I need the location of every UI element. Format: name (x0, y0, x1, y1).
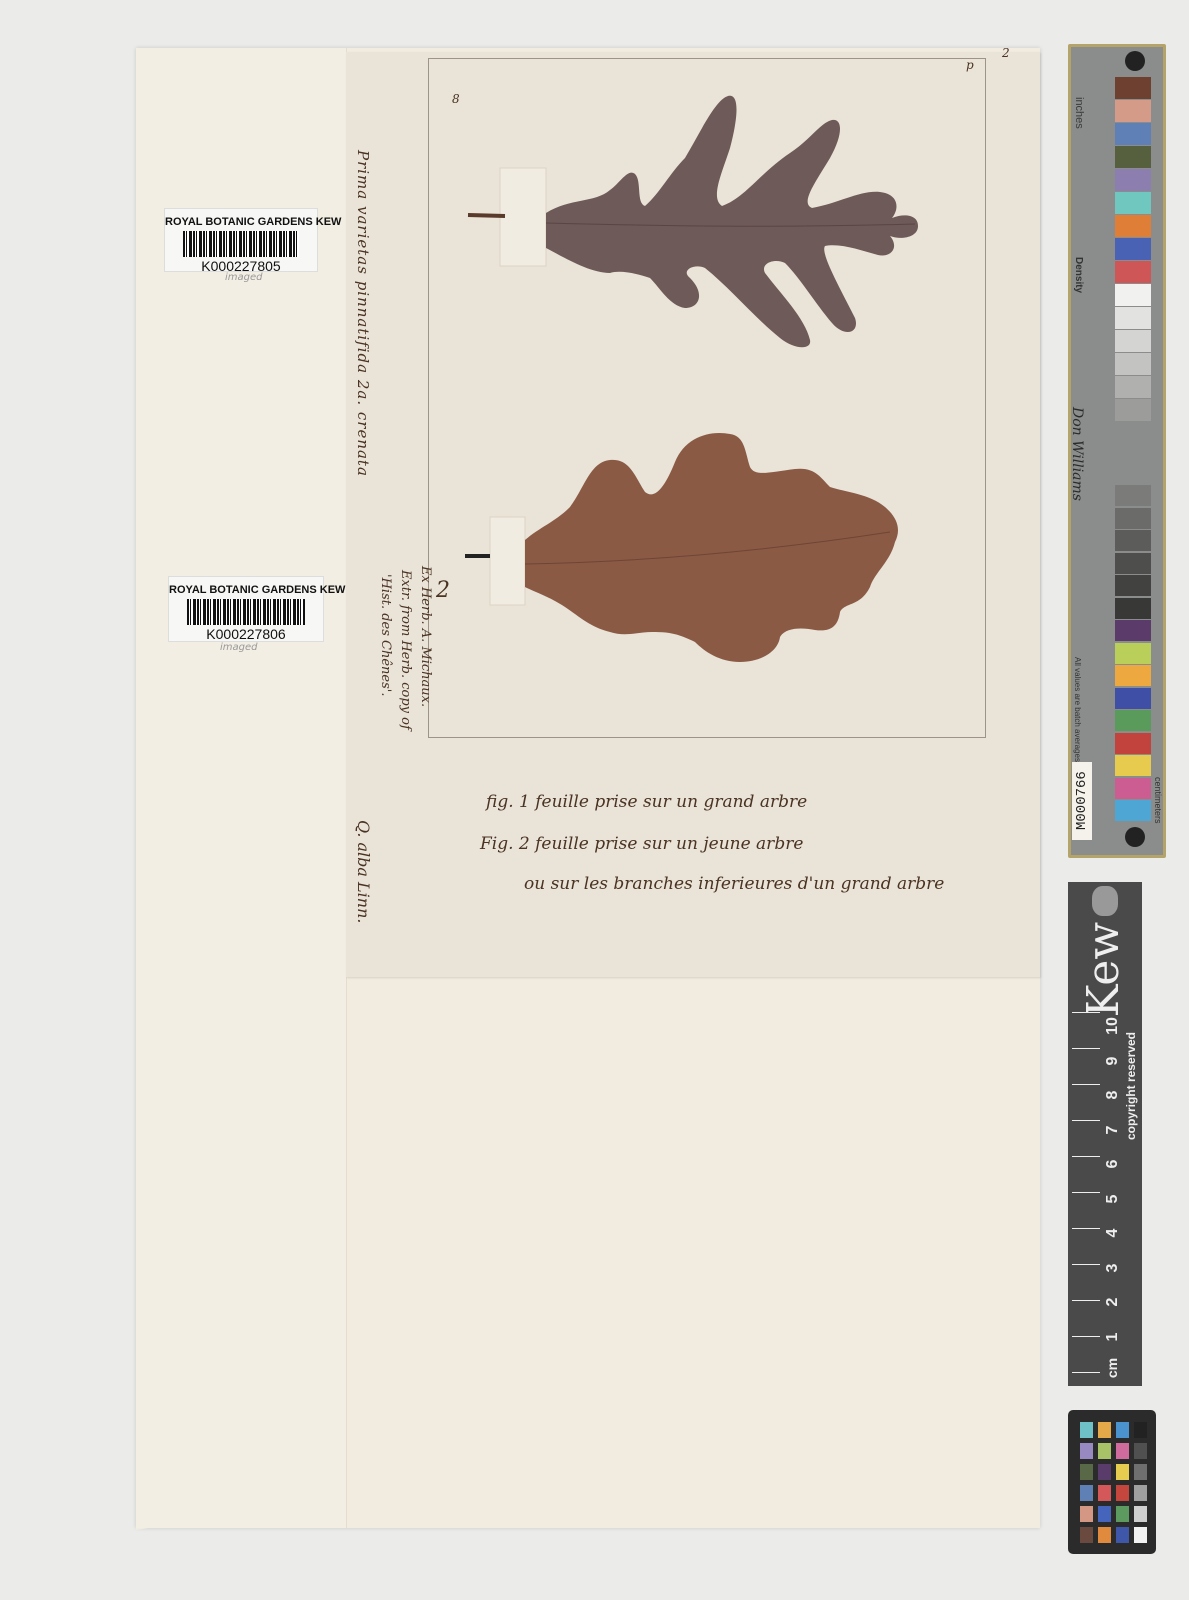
pencil-note: imaged (220, 642, 258, 653)
checker-patch (1080, 1485, 1093, 1501)
scale-tick-label: 1 (1104, 1326, 1122, 1348)
fig-note-2: Fig. 2 feuille prise sur un jeune arbre (480, 834, 803, 854)
top-right-mark: 2 (1002, 46, 1010, 60)
color-swatch (1115, 710, 1151, 731)
pencil-note: imaged (225, 272, 263, 283)
checker-patch (1098, 1464, 1111, 1480)
color-swatch (1115, 353, 1151, 375)
checker-patch (1116, 1506, 1129, 1522)
brand-label: Don Williams (1069, 407, 1085, 501)
kew-scale-bar: Kew copyright reserved 12345678910 cm (1068, 882, 1142, 1386)
scale-tick-label: 10 (1104, 1015, 1122, 1037)
fig-note-3: ou sur les branches inferieures d'un gra… (524, 874, 944, 894)
color-reference-card: inches Density Don Williams All values a… (1068, 44, 1166, 858)
color-swatch (1115, 330, 1151, 352)
checker-patch (1080, 1527, 1093, 1543)
leaf-specimen-1 (460, 78, 960, 348)
checker-patch (1134, 1464, 1147, 1480)
checker-patch (1134, 1422, 1147, 1438)
color-swatch (1115, 643, 1151, 664)
label-institution: ROYAL BOTANIC GARDENS KEW (169, 584, 323, 596)
checker-patch (1116, 1485, 1129, 1501)
barcode-label-1: ROYAL BOTANIC GARDENS KEW K000227805 (164, 208, 318, 272)
color-swatch (1115, 620, 1151, 641)
color-swatch (1115, 688, 1151, 709)
color-swatch (1115, 169, 1151, 191)
top-left-mark: 8 (452, 92, 460, 106)
checker-patch (1098, 1422, 1111, 1438)
color-swatch (1115, 376, 1151, 398)
hole-icon (1125, 51, 1145, 71)
color-swatch (1115, 575, 1151, 596)
fig-number-2: 2 (436, 578, 450, 603)
checker-patch (1098, 1506, 1111, 1522)
copyright-label: copyright reserved (1124, 1032, 1138, 1140)
scale-segments (1072, 1012, 1100, 1382)
barcode-label-2: ROYAL BOTANIC GARDENS KEW K000227806 (168, 576, 324, 642)
checker-patch (1134, 1443, 1147, 1459)
fig-note-1: fig. 1 feuille prise sur un grand arbre (486, 792, 807, 812)
color-swatch (1115, 733, 1151, 754)
barcode-icon (187, 599, 305, 625)
scale-tick-label: 8 (1104, 1084, 1122, 1106)
units-label-bottom: centimeters (1153, 777, 1163, 824)
checker-patch (1080, 1443, 1093, 1459)
checker-patch (1098, 1485, 1111, 1501)
variety-annotation: Prima varietas pinnatifida 2a. crenata (354, 150, 372, 510)
scale-tick-label: 5 (1104, 1188, 1122, 1210)
checker-patch (1134, 1527, 1147, 1543)
kew-logo: Kew (1078, 922, 1129, 1017)
checker-patch (1116, 1443, 1129, 1459)
checker-patch (1080, 1464, 1093, 1480)
footer-note: All values are batch averages (1073, 657, 1082, 762)
color-swatch (1115, 778, 1151, 799)
checker-patch (1080, 1506, 1093, 1522)
source-line-1: Ex Herb. A. Michaux. (418, 566, 433, 707)
color-swatch (1115, 146, 1151, 168)
color-swatch (1115, 800, 1151, 821)
label-institution: ROYAL BOTANIC GARDENS KEW (165, 216, 317, 228)
checker-patch (1134, 1506, 1147, 1522)
color-swatch (1115, 284, 1151, 306)
checker-patch (1098, 1443, 1111, 1459)
source-line-2: Extr. from Herb. copy of (398, 570, 413, 730)
scale-tick-label: 2 (1104, 1291, 1122, 1313)
barcode-icon (183, 231, 299, 257)
leaf-specimen-2 (460, 432, 960, 692)
checker-patch (1098, 1527, 1111, 1543)
color-swatch (1115, 215, 1151, 237)
color-swatch (1115, 100, 1151, 122)
hole-icon (1125, 827, 1145, 847)
checker-patch (1116, 1464, 1129, 1480)
units-label: inches (1073, 97, 1085, 129)
color-swatch (1115, 307, 1151, 329)
color-swatch (1115, 77, 1151, 99)
checker-patch (1116, 1527, 1129, 1543)
color-checker-card (1068, 1410, 1156, 1554)
checker-patch (1080, 1422, 1093, 1438)
color-swatch (1115, 508, 1151, 529)
scale-tick-label: 3 (1104, 1257, 1122, 1279)
scale-tick-label: 6 (1104, 1153, 1122, 1175)
unit-label: cm (1104, 1358, 1120, 1378)
checker-patch (1134, 1485, 1147, 1501)
species-name: Q. alba Linn. (354, 820, 373, 923)
color-swatch (1115, 261, 1151, 283)
color-swatch (1115, 192, 1151, 214)
color-swatch (1115, 755, 1151, 776)
color-swatch (1115, 123, 1151, 145)
scale-tick-label: 4 (1104, 1222, 1122, 1244)
scale-tick-label: 9 (1104, 1050, 1122, 1072)
color-swatch (1115, 553, 1151, 574)
density-label: Density (1073, 257, 1084, 293)
card-id-badge: M000766 (1072, 762, 1092, 840)
barcode-number: K000227806 (169, 626, 323, 642)
crest-icon (1092, 886, 1118, 916)
checker-patch (1116, 1422, 1129, 1438)
color-swatch (1115, 399, 1151, 421)
color-swatch (1115, 238, 1151, 260)
corner-mark: p (966, 58, 974, 72)
scale-tick-label: 7 (1104, 1119, 1122, 1141)
color-swatch (1115, 598, 1151, 619)
color-swatch (1115, 665, 1151, 686)
color-swatch (1115, 485, 1151, 506)
source-line-3: 'Hist. des Chênes'. (378, 574, 393, 697)
color-swatch (1115, 530, 1151, 551)
